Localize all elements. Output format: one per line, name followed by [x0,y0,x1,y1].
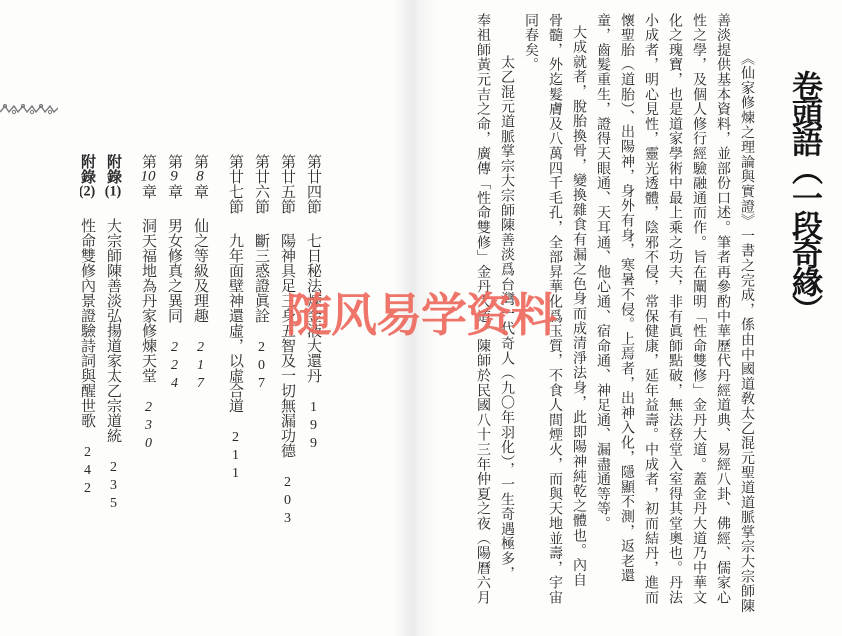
toc-label-text: 第廿七節 [227,154,243,214]
toc-entry-page: 224 [167,340,182,394]
toc-entry-page: 211 [228,430,243,484]
toc-label-text: 第廿四節 [305,154,321,214]
toc-entry-label: 第廿七節 [227,154,243,214]
toc-entry-page: 203 [280,475,295,529]
body-column: 童，齒髮重生，證得天眼通、天耳通、他心通、宿命通、神足通、漏盡通等等。 [590,13,614,613]
toc-label-text: 附錄 [105,154,121,184]
toc-label-number: 10 [140,169,156,184]
scanned-book-spread: 卷頭語（一段奇緣） 《仙家修煉之理論與實證》一書之完成，係由中國道敎太乙混元聖道… [0,0,842,636]
toc-label-text: 第 [192,154,208,169]
toc-entry-label: 第廿六節 [253,154,269,214]
body-column: 大成就者，脫胎換骨，變換雜食有漏之色身而成清淨法身，此即陽神純乾之體也。內自 [566,13,590,613]
toc-entry-title: 大宗師陳善淡弘揚道家太乙宗道統 [105,218,121,443]
toc-entry-title: 性命雙修內景證驗詩詞與醒世歌 [80,218,95,428]
body-column: 性之學，及個人修行經驗融通而作。旨在闡明「性命雙修」金丹大道。蓋金丹大道乃中華文 [686,13,710,613]
toc-entry-label: 第廿五節 [279,154,295,214]
toc-entry: 附錄(2) 性命雙修內景證驗詩詞與醒世歌 242 [80,154,100,530]
toc-entry-label: 第廿四節 [305,154,321,214]
toc-label-text: 第廿六節 [253,154,269,214]
toc-entry-page: 207 [254,340,269,394]
toc-label-text: 附錄 [80,154,95,184]
toc-label-text: 章 [192,184,208,199]
body-column: 懷聖胎（道胎）、出陽神，身外有身，寒暑不侵。上焉者，出神入化，隱顯不測，返老還 [614,13,638,613]
toc-entry-page: 217 [193,340,208,394]
toc-entry: 第廿五節 陽神具足三身五智及一切無漏功德 203 [274,154,300,530]
toc-entry-title: 仙之等級及理趣 [192,218,208,323]
toc-label-text: 第 [140,154,156,169]
watermark: 随风易学资料 [286,292,556,338]
toc-entry: 附錄(1) 大宗師陳善淡弘揚道家太乙宗道統 235 [100,154,126,530]
toc-entry-title: 九年面壁神還虛，以虛合道 [227,233,243,413]
toc-entry: 第8章 仙之等級及理趣 217 [187,154,213,530]
toc-entry-title: 陽神具足三身五智及一切無漏功德 [279,233,295,458]
toc-entry-label: 第9章 [166,154,182,199]
toc-entry-title: 男女修真之異同 [166,218,182,323]
table-of-contents: 第廿四節 七日秘法煉金液大還丹 199 第廿五節 陽神具足三身五智及一切無漏功德… [80,154,326,530]
toc-label-text: 第 [166,154,182,169]
toc-label-number: (1) [105,184,121,199]
toc-entry-label: 第10章 [140,154,156,199]
toc-entry: 第9章 男女修真之異同 224 [161,154,187,530]
body-column: 化之瑰寶，也是道家學術中最上乘之功夫，非有眞師點破，無法登堂入室得其堂奧也。丹法 [662,13,686,613]
toc-entry-title: 斷三惑證眞詮 [253,233,269,323]
toc-label-number: 8 [192,169,208,184]
toc-entry: 第廿六節 斷三惑證眞詮 207 [248,154,274,530]
toc-entry: 第廿七節 九年面壁神還虛，以虛合道 211 [222,154,248,530]
toc-label-number: 9 [166,169,182,184]
toc-label-text: 章 [140,184,156,199]
body-column: 小成者，明心見性，靈光透體，陰邪不侵，常保健康，延年益壽。中成者，初而結丹，進而 [638,13,662,613]
toc-label-number: (2) [80,184,95,199]
page-title: 卷頭語（一段奇緣） [782,70,827,500]
toc-entry-page: 230 [141,400,156,454]
toc-entry-page: 199 [306,400,321,454]
toc-entry-title: 洞天福地為丹家修煉天堂 [140,218,156,383]
toc-entry-label: 第8章 [192,154,208,199]
toc-entry: 第10章 洞天福地為丹家修煉天堂 230 [135,154,161,530]
toc-label-text: 第廿五節 [279,154,295,214]
toc-entry: 第廿四節 七日秘法煉金液大還丹 199 [300,154,326,530]
toc-label-text: 章 [166,184,182,199]
toc-entry-page: 242 [80,445,95,499]
toc-entry-label: 附錄(1) [105,154,121,199]
body-column: 善淡提供基本資料，並部份口述。筆者再參酌中華歷代丹經道典、易經八卦、佛經、儒家心 [710,13,734,613]
toc-entry-page: 235 [106,460,121,514]
edge-ornament-icon [0,100,58,120]
toc-entry-label: 附錄(2) [80,154,95,199]
body-column: 《仙家修煉之理論與實證》一書之完成，係由中國道敎太乙混元聖道道脈掌宗大宗師陳 [734,13,758,613]
